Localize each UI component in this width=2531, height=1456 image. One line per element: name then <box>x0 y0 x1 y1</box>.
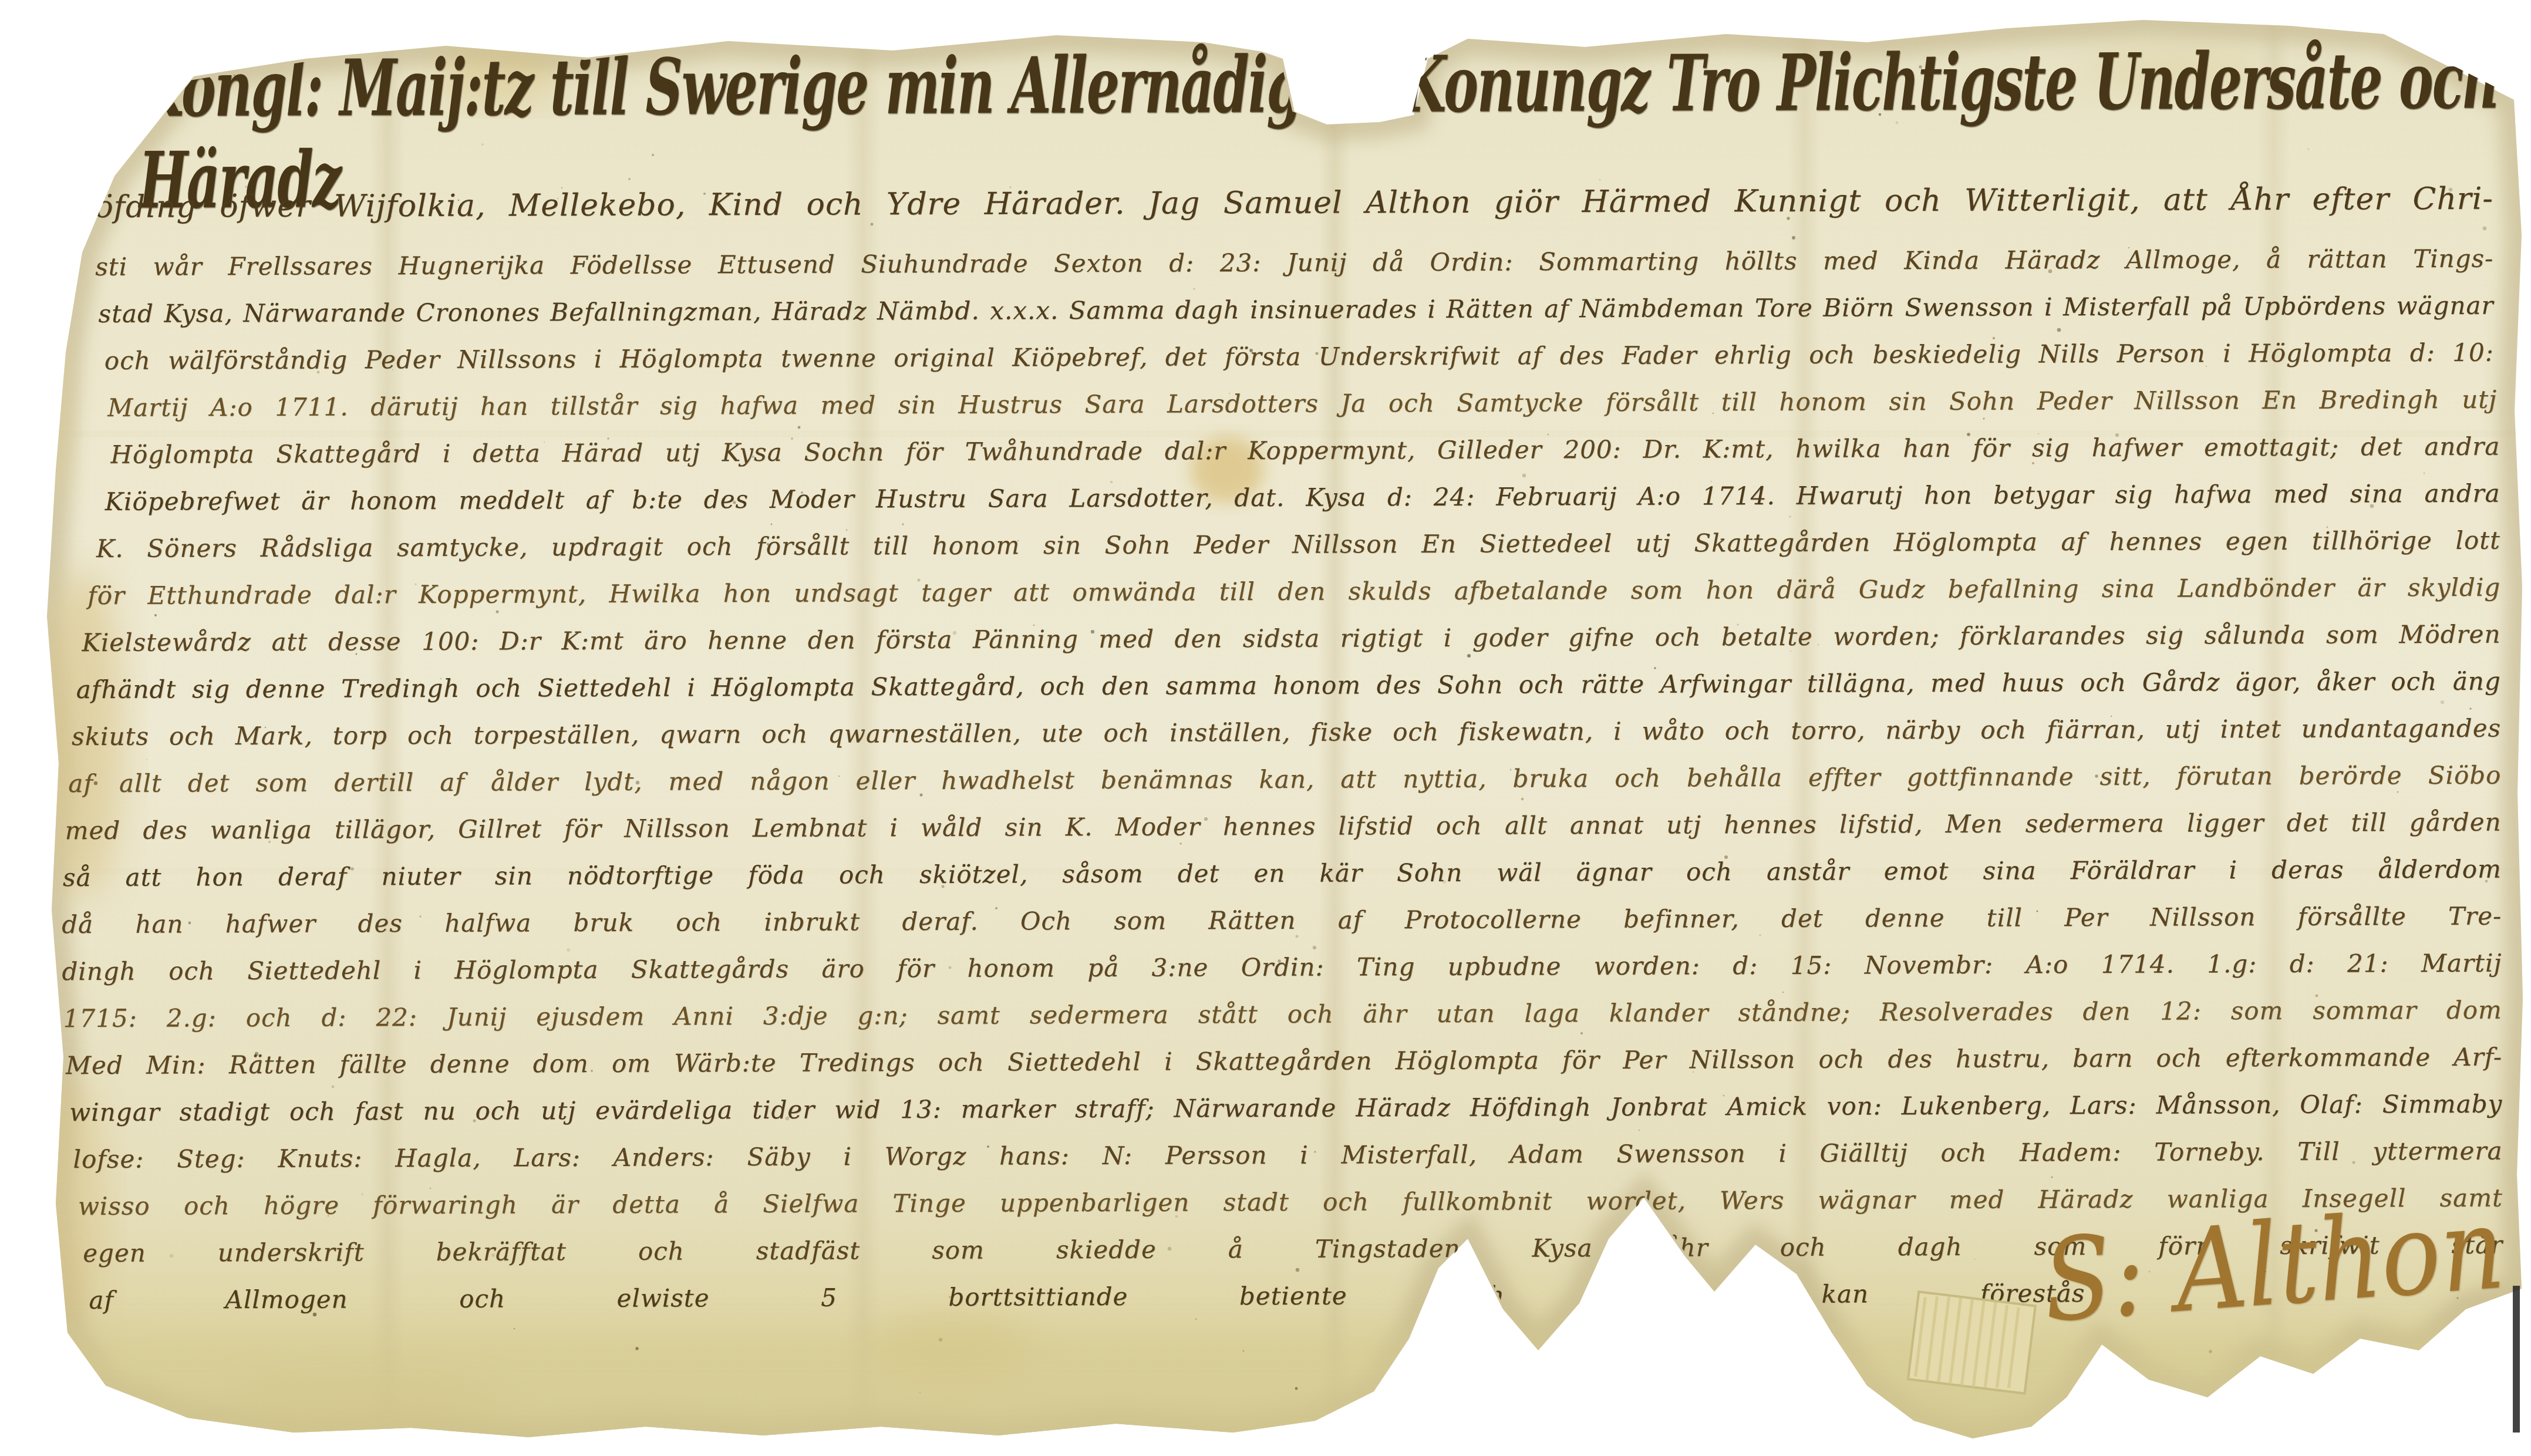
manuscript-line: med des wanliga tillägor, Gillret för Ni… <box>65 809 2502 845</box>
manuscript-line: dingh och Siettedehl i Höglompta Skatteg… <box>62 950 2502 986</box>
manuscript-line: så att hon deraf niuter sin nödtorftige … <box>63 856 2502 892</box>
manuscript-line: Höglompta Skattegård i detta Härad utj K… <box>110 433 2500 469</box>
manuscript-line: lofse: Steg: Knuts: Hagla, Lars: Anders:… <box>73 1138 2502 1174</box>
manuscript-text: Kongl: Maij:tz till Swerige min Allernåd… <box>0 0 2531 1456</box>
manuscript-line: Kiöpebrefwet är honom meddelt af b:te de… <box>105 480 2500 515</box>
manuscript-line: för Etthundrade dal:r Koppermynt, Hwilka… <box>87 574 2500 610</box>
manuscript-line: Martij A:o 1711. därutij han tillstår si… <box>107 386 2497 422</box>
manuscript-line: då han hafwer des halfwa bruk och inbruk… <box>62 903 2502 939</box>
manuscript-line: skiuts och Mark, torp och torpeställen, … <box>72 715 2501 751</box>
manuscript-line-partial <box>96 1327 1564 1332</box>
manuscript-line: 1715: 2.g: och d: 22: Junij ejusdem Anni… <box>63 997 2502 1033</box>
manuscript-line: Kielstewårdz att desse 100: D:r K:mt äro… <box>82 621 2500 657</box>
manuscript-line: af allt det som dertill af ålder lydt, m… <box>68 762 2501 798</box>
manuscript-line: sti wår Frellssares Hugnerijka Födellsse… <box>95 245 2493 281</box>
manuscript-line: Med Min: Rätten fällte denne dom om Wärb… <box>66 1044 2502 1080</box>
manuscript-line: wingar stadigt och fast nu och utj evärd… <box>69 1091 2502 1127</box>
document-scan: Kongl: Maij:tz till Swerige min Allernåd… <box>0 0 2531 1456</box>
manuscript-line: afhändt sig denne Tredingh och Siettedeh… <box>76 668 2501 704</box>
manuscript-line: K. Söners Rådsliga samtycke, updragit oc… <box>96 527 2500 562</box>
manuscript-line: och wälförståndig Peder Nillssons i Högl… <box>105 339 2494 375</box>
manuscript-line: stad Kysa, Närwarande Cronones Befallnin… <box>98 292 2493 328</box>
